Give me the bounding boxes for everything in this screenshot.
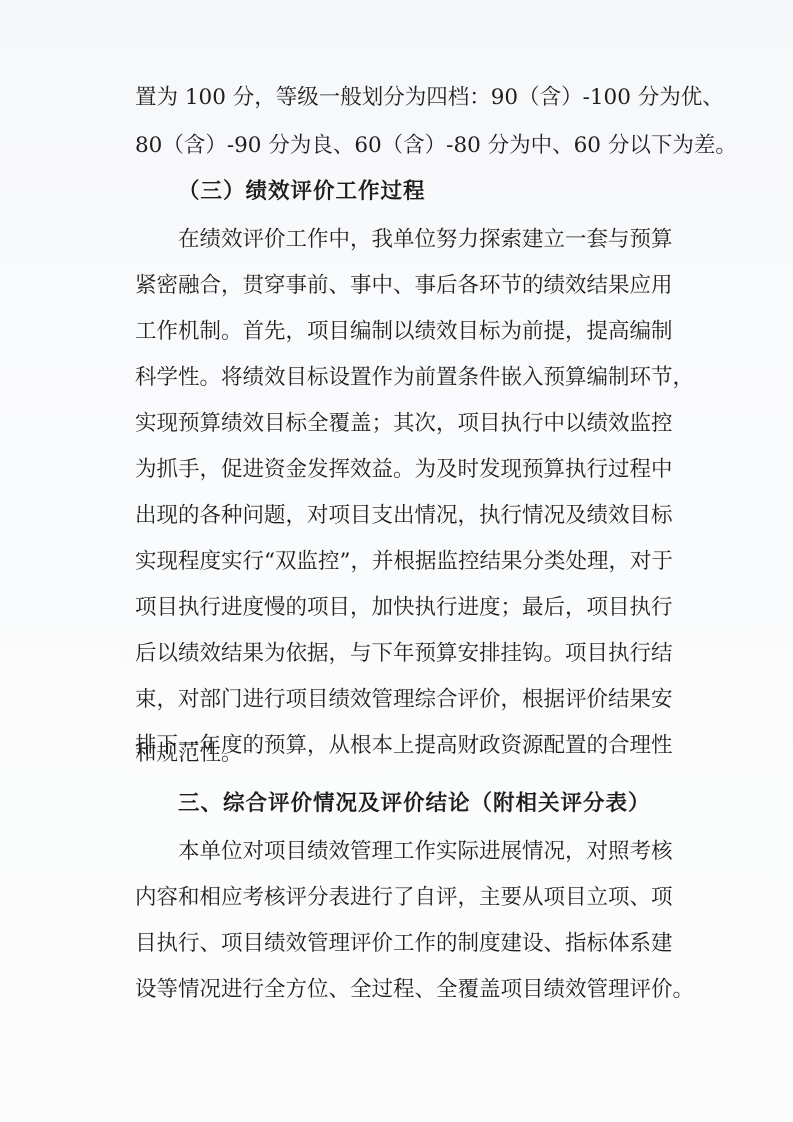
paragraph-line: 后以绩效结果为依据，与下年预算安排挂钩。项目执行结 [135, 640, 665, 668]
paragraph-line: 束，对部门进行项目绩效管理综合评价，根据评价结果安 [135, 686, 665, 714]
paragraph-line: 科学性。将绩效目标设置作为前置条件嵌入预算编制环节， [135, 364, 665, 392]
paragraph-line: 为抓手，促进资金发挥效益。为及时发现预算执行过程中 [135, 456, 665, 484]
document-page: 置为 100 分，等级一般划分为四档：90（含）-100 分为优、 80（含）-… [0, 0, 793, 1122]
paragraph-line: 本单位对项目绩效管理工作实际进展情况，对照考核 [178, 838, 665, 866]
paragraph-line: 目执行、项目绩效管理评价工作的制度建设、指标体系建 [135, 930, 665, 958]
paragraph-line: 紧密融合，贯穿事前、事中、事后各环节的绩效结果应用 [135, 272, 665, 300]
paragraph-line: 内容和相应考核评分表进行了自评，主要从项目立项、项 [135, 884, 665, 912]
text-line: 80（含）-90 分为良、60（含）-80 分为中、60 分以下为差。 [135, 132, 665, 160]
paragraph-line: 项目执行进度慢的项目，加快执行进度；最后，项目执行 [135, 594, 665, 622]
paragraph-line: 实现程度实行“双监控”，并根据监控结果分类处理，对于 [135, 548, 665, 576]
paragraph-line: 设等情况进行全方位、全过程、全覆盖项目绩效管理评价。 [135, 976, 665, 1004]
section-heading-comprehensive-evaluation: 三、综合评价情况及评价结论（附相关评分表） [178, 790, 708, 818]
paragraph-line: 出现的各种问题，对项目支出情况，执行情况及绩效目标 [135, 502, 665, 530]
section-heading-performance-process: （三）绩效评价工作过程 [178, 178, 708, 206]
paragraph-line: 实现预算绩效目标全覆盖；其次，项目执行中以绩效监控 [135, 410, 665, 438]
paragraph-line-end: 和规范性。 [135, 740, 665, 768]
text-line: 置为 100 分，等级一般划分为四档：90（含）-100 分为优、 [135, 84, 665, 112]
paragraph-line: 工作机制。首先，项目编制以绩效目标为前提，提高编制 [135, 318, 665, 346]
paragraph-line: 在绩效评价工作中，我单位努力探索建立一套与预算 [178, 226, 665, 254]
